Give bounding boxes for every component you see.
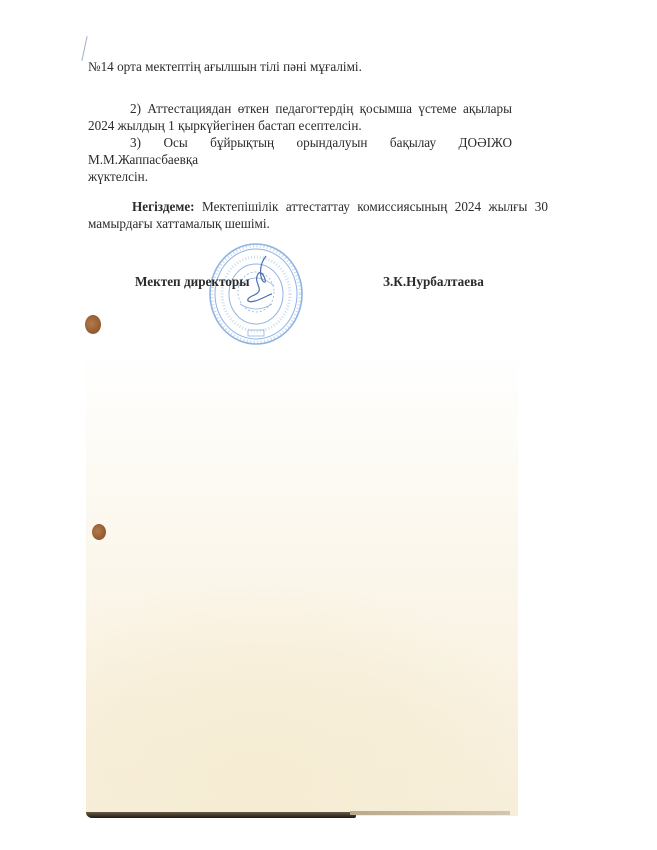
signature-name: З.К.Нурбалтаева (383, 273, 484, 290)
page-bottom-shadow (86, 812, 356, 818)
page-bottom-edge (350, 811, 510, 815)
official-stamp-icon (208, 242, 304, 346)
order-item-3-rest: жүктелсін. (88, 169, 148, 184)
basis-first-line: Негіздеме: Мектепішілік аттестаттау коми… (88, 198, 548, 215)
signature-title: Мектеп директоры (135, 273, 250, 290)
order-item-3-first-line: 3) Осы бұйрықтың орындалуын бақылау ДОӘІ… (88, 134, 512, 168)
basis-text: Мектепішілік аттестаттау комиссиясының 2… (202, 199, 548, 214)
basis-rest: мамырдағы хаттамалық шешімі. (88, 216, 270, 231)
basis-label: Негіздеме: (132, 199, 195, 214)
punch-hole-icon (92, 524, 106, 540)
continuation-line: №14 орта мектептің ағылшын тілі пәні мұғ… (88, 58, 362, 75)
order-item-2: 2) Аттестациядан өткен педагогтердің қос… (88, 100, 512, 134)
basis-paragraph: Негіздеме: Мектепішілік аттестаттау коми… (88, 198, 548, 232)
punch-hole-icon (85, 315, 101, 334)
order-item-3: 3) Осы бұйрықтың орындалуын бақылау ДОӘІ… (88, 134, 512, 185)
